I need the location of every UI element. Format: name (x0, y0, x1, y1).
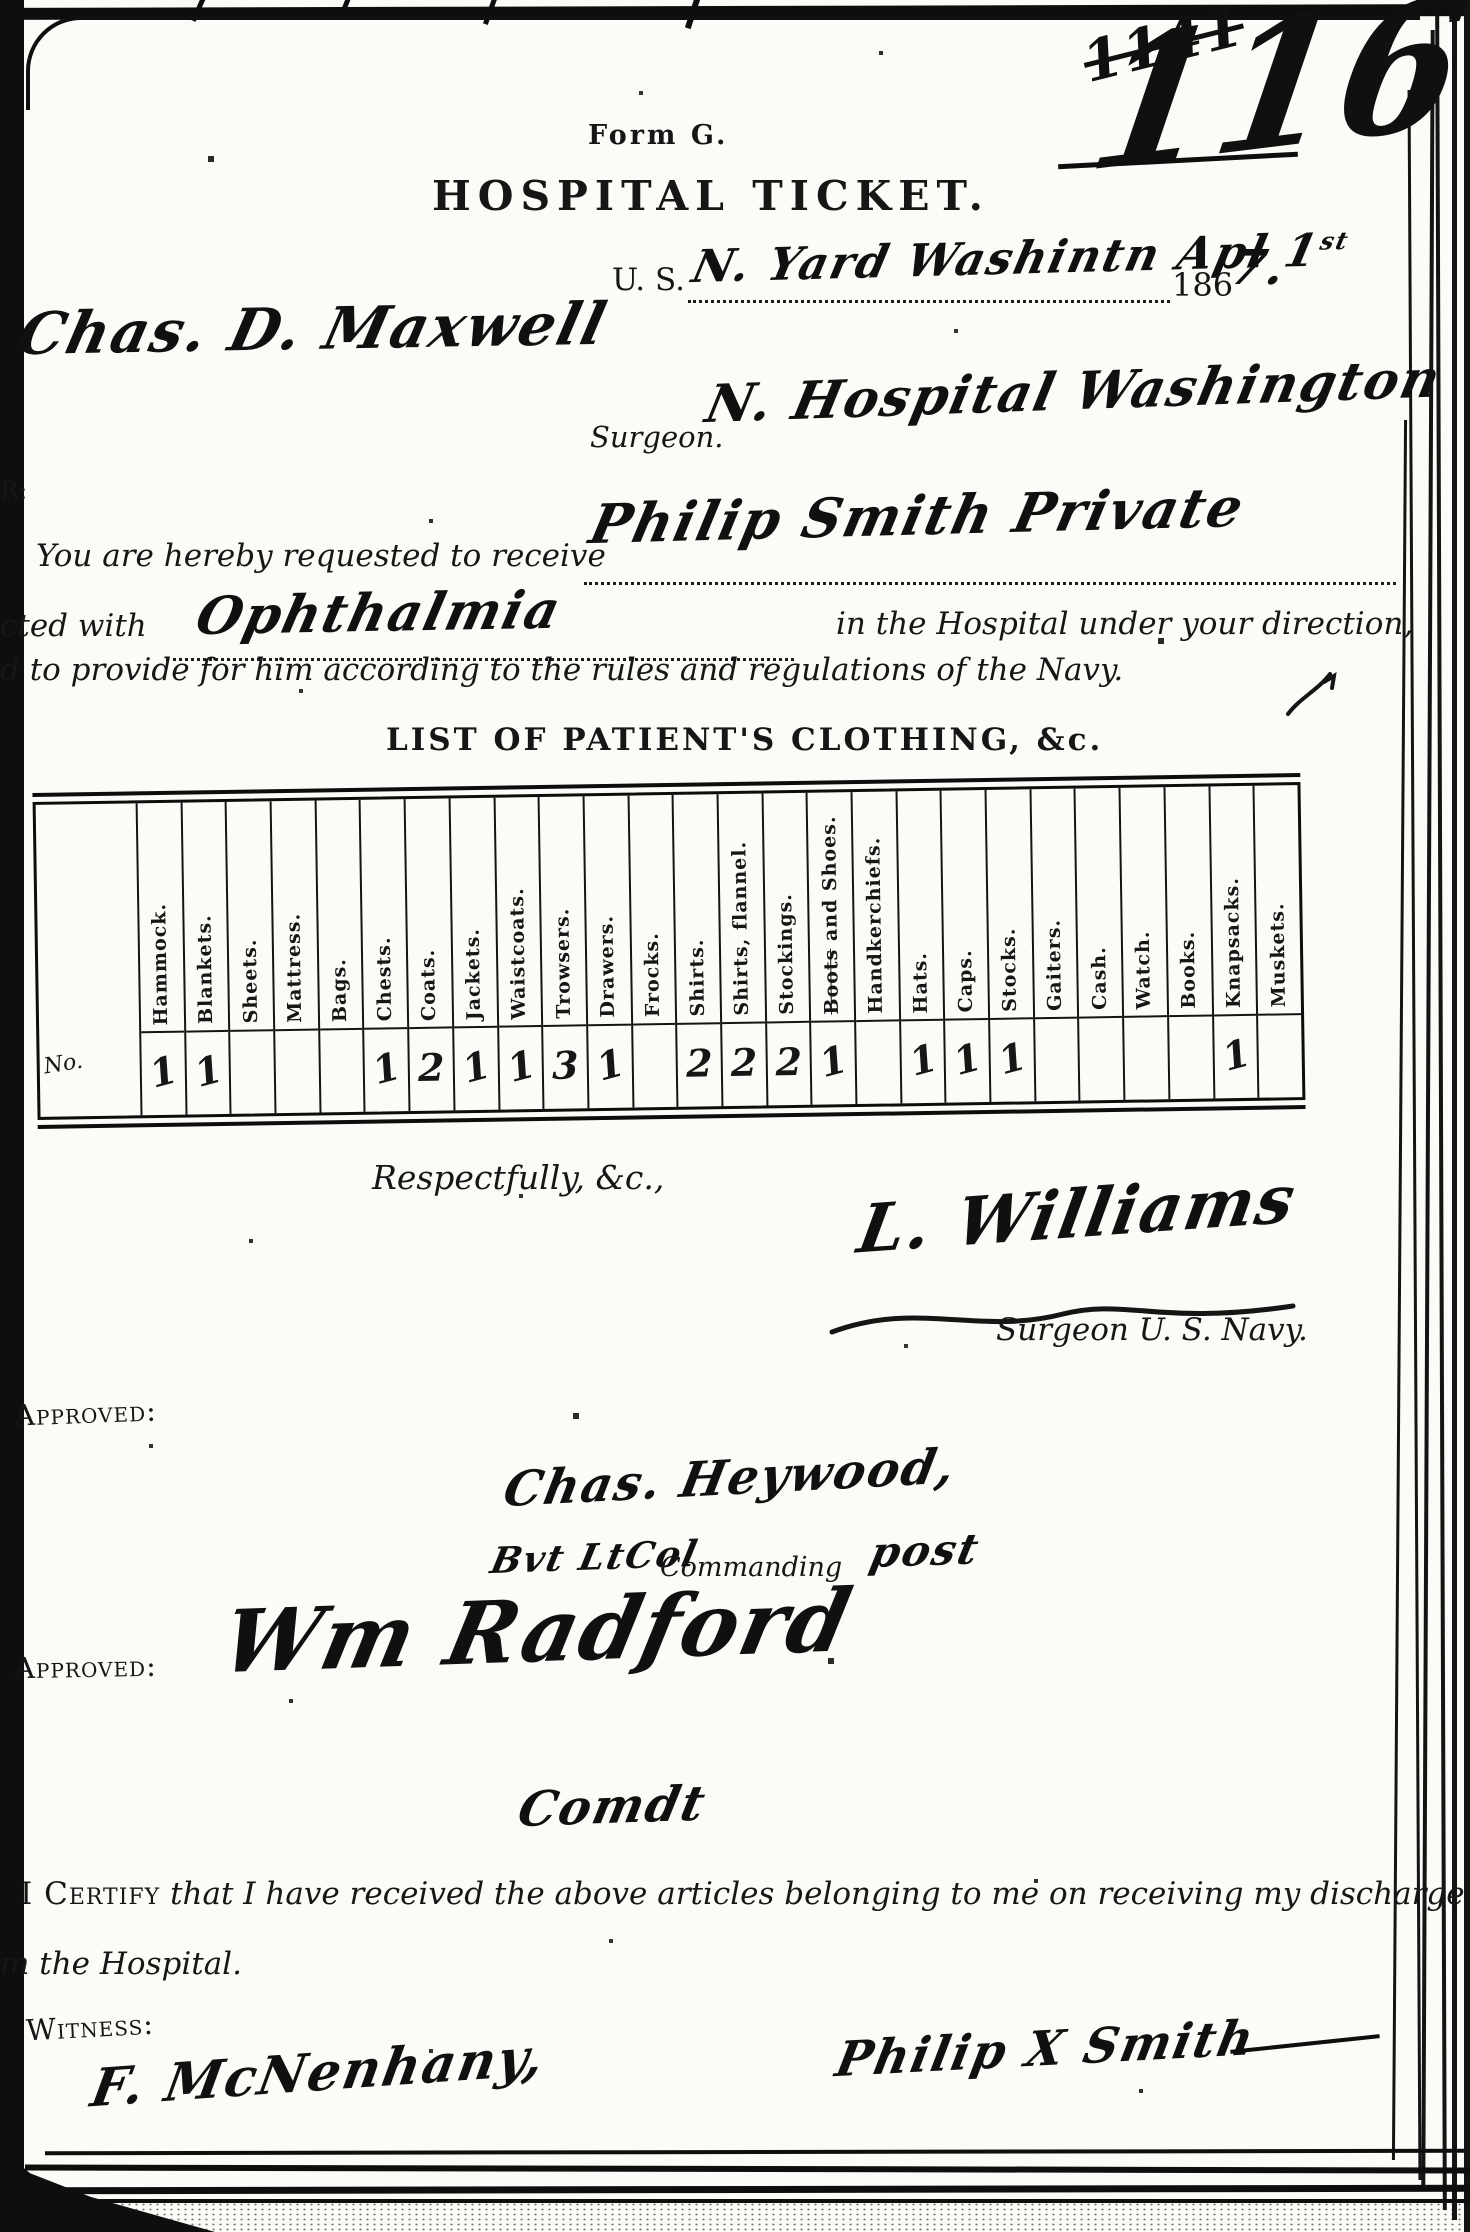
patient-name-underline (584, 582, 1396, 585)
clothing-table-columns: No. Hammock.1Blankets.1Sheets.Mattress.B… (36, 785, 1303, 1117)
table-column-knapsacks: Knapsacks.1 (1208, 786, 1258, 1099)
table-column-frocks: Frocks. (627, 795, 677, 1108)
table-column-boots-and-shoes: Boots and Shoes.1 (806, 792, 856, 1105)
respectfully-line: Respectfully, &c., (372, 1158, 664, 1197)
table-column-trowsers: Trowsers.3 (538, 796, 588, 1109)
request-line-printed: You are hereby requested to receive (36, 538, 606, 574)
column-header: Blankets. (182, 802, 228, 1033)
column-value (1035, 1019, 1079, 1096)
column-header: Hats. (897, 791, 943, 1022)
scan-edge-bottom-2 (25, 2164, 1470, 2173)
table-column-chests: Chests.1 (359, 799, 409, 1112)
table-column-stocks: Stocks.1 (985, 789, 1035, 1102)
table-column-hammock: Hammock.1 (136, 803, 186, 1116)
column-value (1080, 1018, 1124, 1095)
list-title: LIST OF PATIENT'S CLOTHING, &c. (386, 722, 1103, 758)
column-header: Bags. (316, 800, 362, 1031)
table-column-blankets: Blankets.1 (180, 802, 230, 1115)
patient-name: Philip Smith Private (590, 475, 1244, 556)
table-column-mattress: Mattress. (270, 801, 320, 1114)
date-year-handwritten: 7. (1232, 240, 1286, 296)
table-column-coats: Coats.2 (404, 798, 454, 1111)
column-header: Mattress. (272, 801, 318, 1032)
pen-flourish-mark (1280, 668, 1340, 718)
date-ordinal: st (1317, 226, 1352, 256)
column-header: Boots and Shoes. (808, 792, 854, 1023)
column-header: Trowsers. (540, 796, 586, 1027)
column-header: Watch. (1121, 787, 1167, 1018)
scan-speckles (0, 0, 2, 2)
book-edge-line-6 (1464, 0, 1470, 2232)
table-row-label-cell: No. (36, 803, 141, 1117)
date-prefix: U. S. (612, 262, 685, 298)
surgeon-title: Surgeon U. S. Navy. (996, 1312, 1308, 1348)
column-header: Shirts. (674, 794, 720, 1025)
column-value (275, 1031, 319, 1108)
column-header: Cash. (1076, 788, 1122, 1019)
column-header: Muskets. (1255, 785, 1301, 1016)
table-column-drawers: Drawers.1 (582, 796, 632, 1109)
column-header: Chests. (361, 799, 407, 1030)
affliction-printed-right: in the Hospital under your direction, (836, 606, 1413, 642)
surgeon-signature: L. Williams (857, 1160, 1299, 1268)
table-column-caps: Caps.1 (940, 790, 990, 1103)
column-header: Jackets. (450, 798, 496, 1029)
table-column-jackets: Jackets.1 (448, 798, 498, 1111)
form-label: Form G. (588, 120, 728, 151)
column-header: Coats. (406, 798, 452, 1029)
table-column-sheets: Sheets. (225, 801, 275, 1114)
column-header: Stocks. (987, 789, 1033, 1020)
scan-noise-band (0, 2202, 1470, 2232)
hospital-ticket-scan: Form G. HOSPITAL TICKET. 1141 116 U. S. … (0, 0, 1470, 2232)
approved-label-1: Approved: (13, 1394, 157, 1433)
table-column-bags: Bags. (314, 800, 364, 1113)
column-value: 2 (677, 1024, 721, 1101)
column-header: Gaiters. (1031, 789, 1077, 1020)
table-row-label: No. (42, 1049, 85, 1080)
witness-signature: F. McNenhany, (90, 2026, 547, 2119)
table-column-muskets: Muskets. (1253, 785, 1303, 1098)
approved-label-2: Approved: (14, 1649, 157, 1685)
salutation-fragment: R: (0, 476, 27, 505)
column-header: Knapsacks. (1210, 786, 1256, 1017)
table-column-waistcoats: Waistcoats.1 (493, 797, 543, 1110)
approval-2-signature: Wm Radford (222, 1570, 852, 1693)
column-header: Caps. (942, 790, 988, 1021)
column-value (1124, 1017, 1168, 1094)
clothing-table: No. Hammock.1Blankets.1Sheets.Mattress.B… (33, 782, 1306, 1120)
table-column-cash: Cash. (1074, 788, 1124, 1101)
table-column-books: Books. (1163, 787, 1213, 1100)
column-header: Sheets. (227, 801, 273, 1032)
certify-line: I Certify that I have received the above… (20, 1876, 1465, 1912)
page-title: HOSPITAL TICKET. (432, 172, 990, 220)
table-column-handkerchiefs: Handkerchiefs. (851, 791, 901, 1104)
table-column-hats: Hats.1 (895, 791, 945, 1104)
patient-signature: Philip X Smith (835, 2010, 1256, 2088)
affliction-fragment-left: cted with (0, 608, 147, 644)
date-year-printed: 186 (1172, 266, 1233, 304)
column-header: Stockings. (763, 793, 809, 1024)
provide-line: d to provide for him according to the ru… (0, 652, 1123, 688)
certify-fragment: m the Hospital. (0, 1946, 242, 1982)
addressee-station: N. Hospital Washington (706, 348, 1442, 435)
certify-body: that I have received the above articles … (170, 1876, 1465, 1912)
ticket-number: 116 (1078, 0, 1470, 213)
approval-1-post: post (870, 1524, 980, 1577)
column-value: 2 (722, 1024, 766, 1101)
table-column-shirts: Shirts.2 (672, 794, 722, 1107)
table-column-shirts-flannel: Shirts, flannel.2 (716, 794, 766, 1107)
affliction-value: Ophthalmia (197, 580, 561, 647)
scan-edge-bottom-3 (10, 2185, 1470, 2195)
addressee-name: Chas. D. Maxwell (19, 290, 607, 368)
table-column-gaiters: Gaiters. (1029, 789, 1079, 1102)
column-header: Waistcoats. (495, 797, 541, 1028)
certify-lead: I Certify (20, 1876, 160, 1912)
column-header: Drawers. (584, 796, 630, 1027)
witness-label: Witness: (25, 2007, 155, 2048)
approval-2-title: Comdt (518, 1776, 707, 1838)
table-column-stockings: Stockings.2 (761, 793, 811, 1106)
column-header: Frocks. (629, 795, 675, 1026)
column-header: Hammock. (138, 803, 184, 1034)
column-header: Handkerchiefs. (853, 791, 899, 1022)
table-column-watch: Watch. (1119, 787, 1169, 1100)
date-underline (688, 300, 1170, 303)
column-header: Books. (1165, 787, 1211, 1018)
approval-1-signature: Chas. Heywood, (503, 1438, 957, 1518)
column-header: Shirts, flannel. (718, 794, 764, 1025)
scan-edge-bottom-1 (45, 2149, 1465, 2155)
